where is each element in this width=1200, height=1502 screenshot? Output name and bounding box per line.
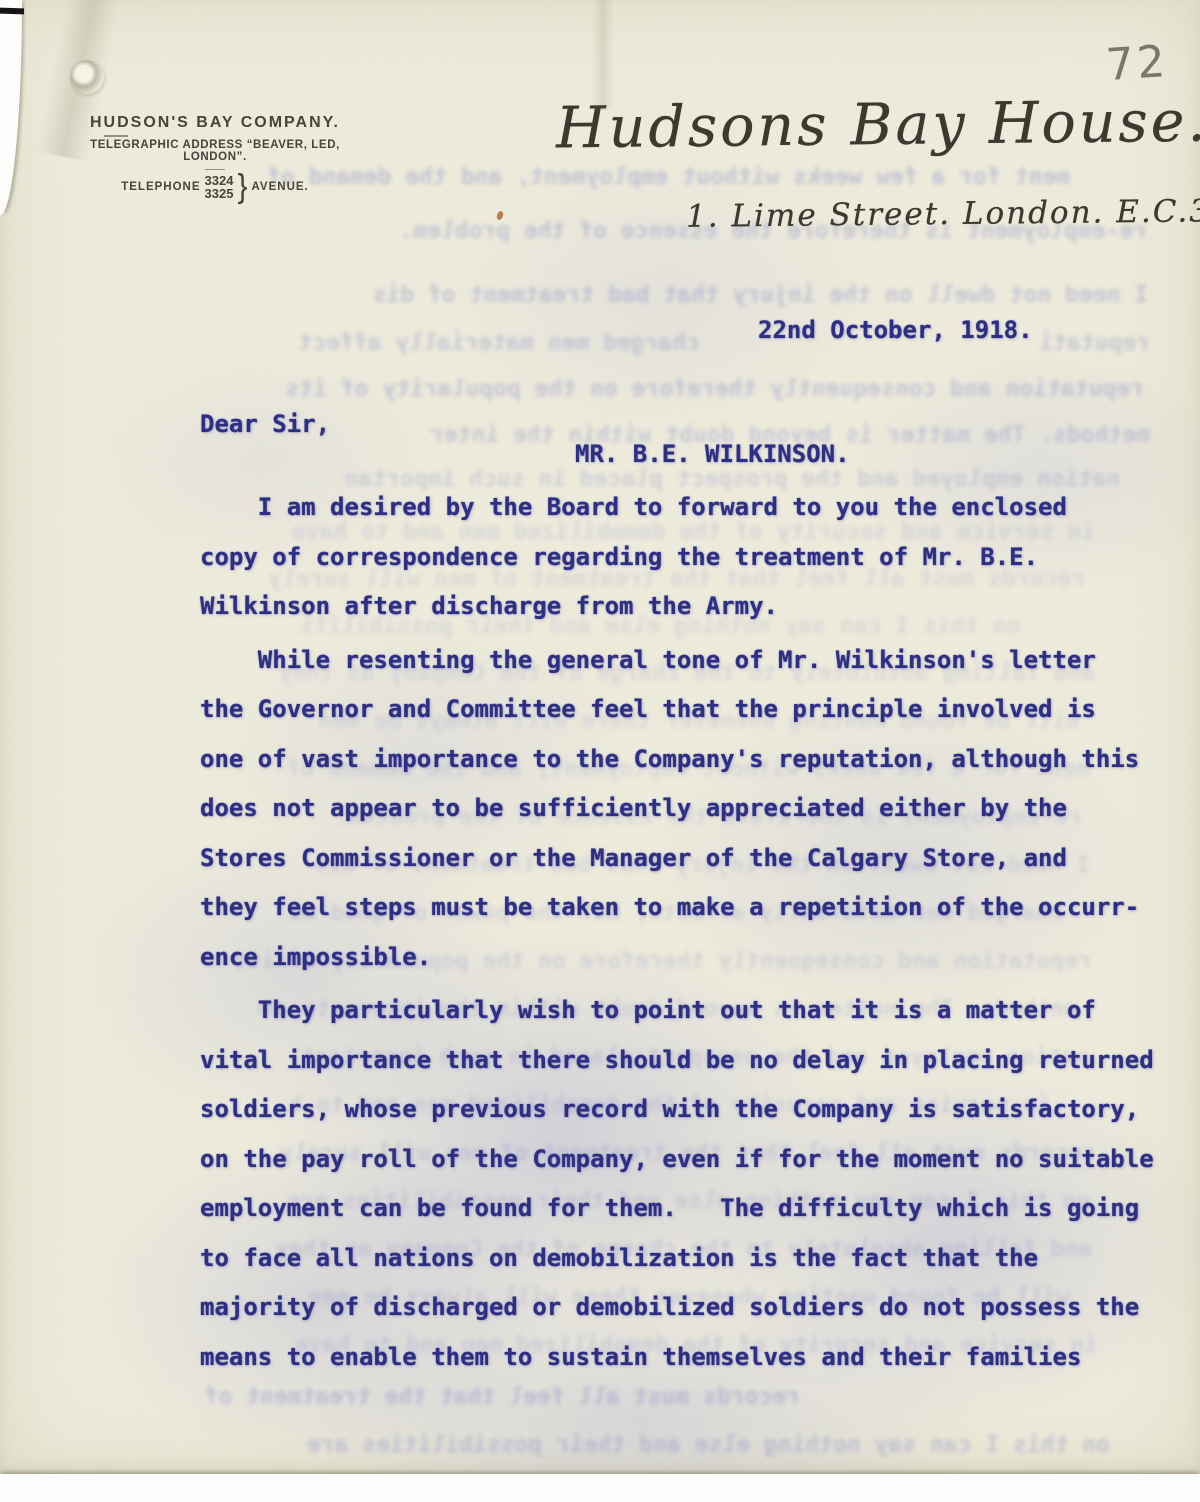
typed-line: the Governor and Committee feel that the… — [200, 685, 1165, 735]
subject-line: MR. B.E. WILKINSON. — [575, 440, 850, 468]
letterhead-divider-rule — [205, 169, 225, 170]
house-name-script: Hudsons Bay House. — [556, 89, 1200, 162]
letterhead-telephone: TELEPHONE 3324 3325 } AVENUE. — [60, 174, 370, 200]
typed-line: on the pay roll of the Company, even if … — [200, 1135, 1165, 1185]
typed-line: I am desired by the Board to forward to … — [200, 483, 1165, 533]
typed-line: they feel steps must be taken to make a … — [200, 883, 1165, 933]
street-address-script: 1. Lime Street. London. E.C.3. — [686, 193, 1200, 235]
typed-line: soldiers, whose previous record with the… — [200, 1085, 1165, 1135]
typed-line: to face all nations on demobilization is… — [200, 1234, 1165, 1284]
typed-line: While resenting the general tone of Mr. … — [200, 636, 1165, 686]
fastener-hole-mark — [70, 60, 104, 94]
telephone-brace-glyph: } — [237, 173, 247, 202]
typed-line: vital importance that there should be no… — [200, 1036, 1165, 1086]
scan-edge-mark — [0, 8, 24, 15]
paper-bottom-edge — [0, 1474, 1200, 1502]
typed-line: Stores Commissioner or the Manager of th… — [200, 834, 1165, 884]
typed-line: majority of discharged or demobilized so… — [200, 1283, 1165, 1333]
letter-body: I am desired by the Board to forward to … — [200, 483, 1165, 1386]
typed-line: ence impossible. — [200, 933, 1165, 983]
pencil-folio-number: 72 — [1104, 36, 1169, 91]
telephone-number-2: 3325 — [205, 187, 234, 200]
telephone-numbers: 3324 3325 — [205, 174, 234, 200]
paragraph: While resenting the general tone of Mr. … — [200, 636, 1165, 983]
telephone-exchange: AVENUE. — [251, 181, 308, 193]
typed-line: employment can be found for them. The di… — [200, 1184, 1165, 1234]
telephone-label: TELEPHONE — [121, 181, 200, 193]
typed-line: means to enable them to sustain themselv… — [200, 1333, 1165, 1383]
typed-line: Wilkinson after discharge from the Army. — [200, 582, 1165, 632]
paragraph: They particularly wish to point out that… — [200, 986, 1165, 1382]
letterhead-telegraphic-address: TELEGRAPHIC ADDRESS “BEAVER, LED, LONDON… — [60, 139, 370, 163]
typed-line: one of vast importance to the Company's … — [200, 735, 1165, 785]
top-fold-crease — [592, 0, 614, 110]
letter-date: 22nd October, 1918. — [758, 316, 1033, 344]
letterhead: HUDSON'S BAY COMPANY. TELEGRAPHIC ADDRES… — [60, 114, 370, 200]
letterhead-ornament-rule — [104, 135, 128, 137]
typed-line: They particularly wish to point out that… — [200, 986, 1165, 1036]
typed-line: copy of correspondence regarding the tre… — [200, 533, 1165, 583]
paragraph: I am desired by the Board to forward to … — [200, 483, 1165, 632]
salutation: Dear Sir, — [200, 410, 330, 438]
document-scan: ment for a few weeks without employment,… — [0, 0, 1200, 1502]
letterhead-company-name: HUDSON'S BAY COMPANY. — [60, 114, 370, 132]
typed-line: does not appear to be sufficiently appre… — [200, 784, 1165, 834]
